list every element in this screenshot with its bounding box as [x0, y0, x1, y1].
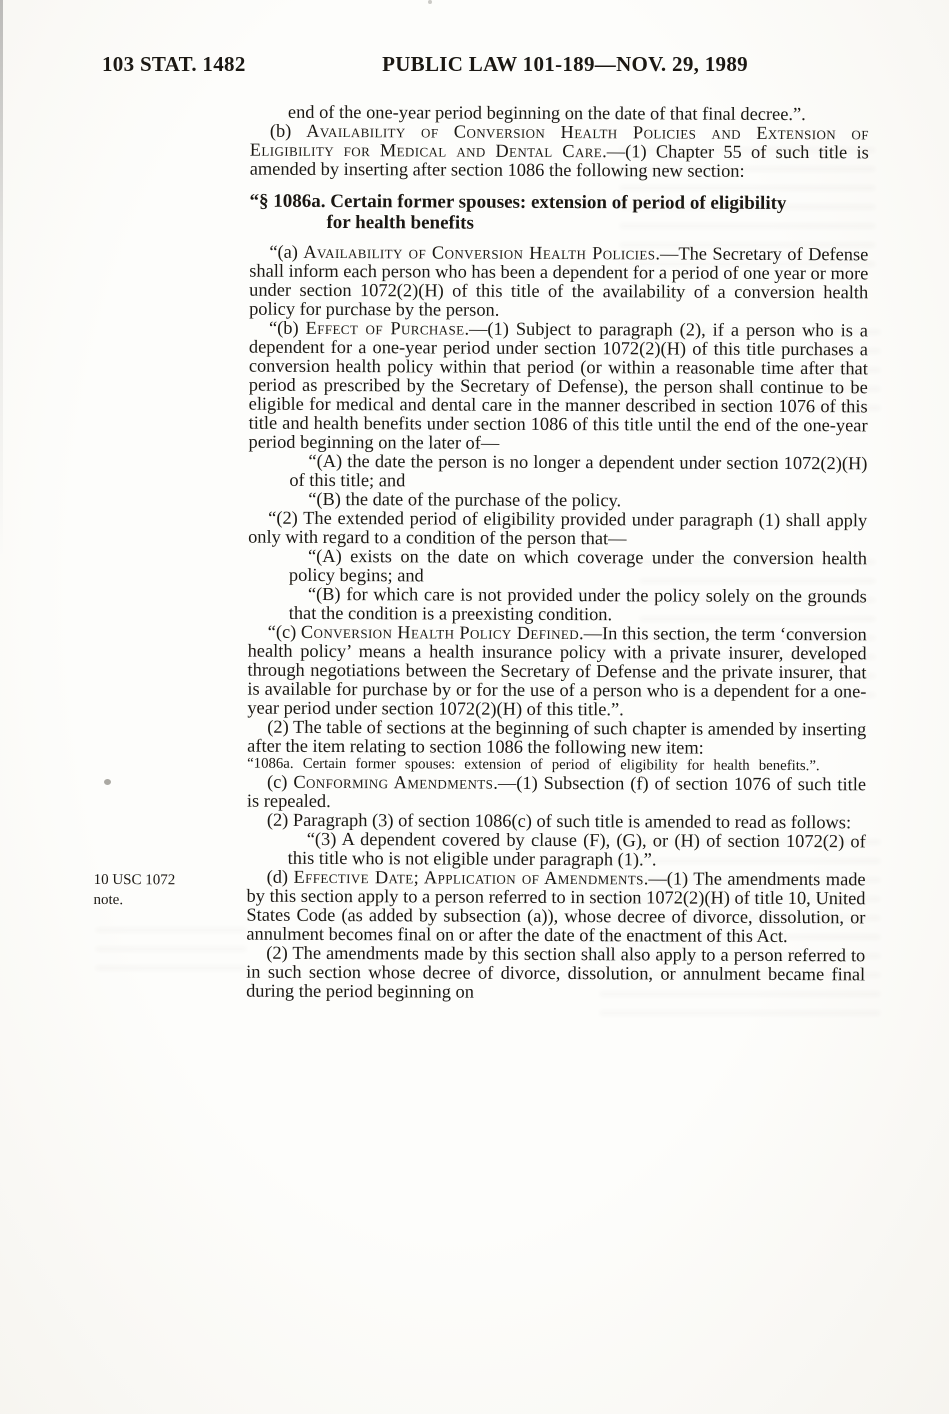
text-run: “(2) The extended period of eligibility …	[248, 508, 867, 549]
text-run: “(A) the date the person is no longer a …	[289, 451, 867, 490]
statute-text: end of the one-year period beginning on …	[246, 103, 869, 1003]
text-run: (d)	[267, 866, 294, 886]
subparagraph: “(3) A dependent covered by clause (F), …	[247, 829, 866, 870]
paragraph: (c) Conforming Amendments.—(1) Subsectio…	[247, 772, 866, 813]
subparagraph: “(B) for which care is not provided unde…	[248, 585, 867, 626]
text-run: “(3) A dependent covered by clause (F), …	[288, 828, 866, 869]
text-run: (b)	[270, 121, 306, 141]
subparagraph: “(A) the date the person is no longer a …	[248, 452, 867, 493]
text-run: “(B) for which care is not provided unde…	[289, 584, 867, 624]
text-run: (c)	[267, 771, 293, 791]
paragraph: (d) Effective Date; Application of Amend…	[246, 867, 865, 946]
margin-note: 10 USC 1072note.	[93, 869, 235, 910]
margin-note-line1: 10 USC 1072	[94, 869, 236, 890]
ink-speck	[104, 779, 111, 785]
small-caps-label: Effect of Purchase	[306, 318, 465, 339]
section-heading-line2: for health benefits	[249, 212, 868, 236]
section-heading-line1: “§ 1086a. Certain former spouses: extens…	[250, 191, 869, 215]
paragraph: “(2) The extended period of eligibility …	[248, 509, 867, 550]
section-heading: “§ 1086a. Certain former spouses: extens…	[249, 191, 868, 236]
paragraph: “(a) Availability of Conversion Health P…	[249, 243, 868, 322]
text-run: “(b)	[269, 318, 306, 338]
page-law-title: PUBLIC LAW 101-189—NOV. 29, 1989	[250, 52, 880, 77]
subparagraph: “(A) exists on the date on which coverag…	[248, 547, 867, 588]
text-run: “(a)	[269, 242, 303, 262]
paragraph: (2) The amendments made by this section …	[246, 943, 865, 1003]
text-run: (2) The amendments made by this section …	[246, 942, 865, 1001]
margin-note-line2: note.	[93, 889, 235, 910]
text-run: (2) The table of sections at the beginni…	[247, 717, 866, 758]
text-run: “(B) the date of the purchase of the pol…	[308, 489, 621, 510]
paragraph: “(b) Effect of Purchase.—(1) Subject to …	[248, 319, 868, 455]
scan-bleedthrough-artifact	[96, 928, 246, 970]
small-caps-label: Conversion Health Policy Defined	[301, 622, 579, 643]
paragraph: “(c) Conversion Health Policy Defined.—I…	[247, 623, 866, 721]
paragraph: (2) The table of sections at the beginni…	[247, 718, 866, 759]
text-run: “(c)	[268, 622, 301, 642]
page-edge-scan-line	[0, 0, 3, 560]
statute-page: 103 STAT. 1482 PUBLIC LAW 101-189—NOV. 2…	[0, 0, 949, 1414]
ink-speck	[428, 0, 432, 4]
paragraph: (b) Availability of Conversion Health Po…	[250, 122, 869, 182]
small-caps-label: Conforming Amendments	[293, 771, 493, 792]
page-stat-number: 103 STAT. 1482	[102, 52, 246, 77]
text-run: .—(1) Subject to paragraph (2), if a per…	[248, 319, 868, 453]
text-run: “(A) exists on the date on which coverag…	[289, 546, 867, 586]
